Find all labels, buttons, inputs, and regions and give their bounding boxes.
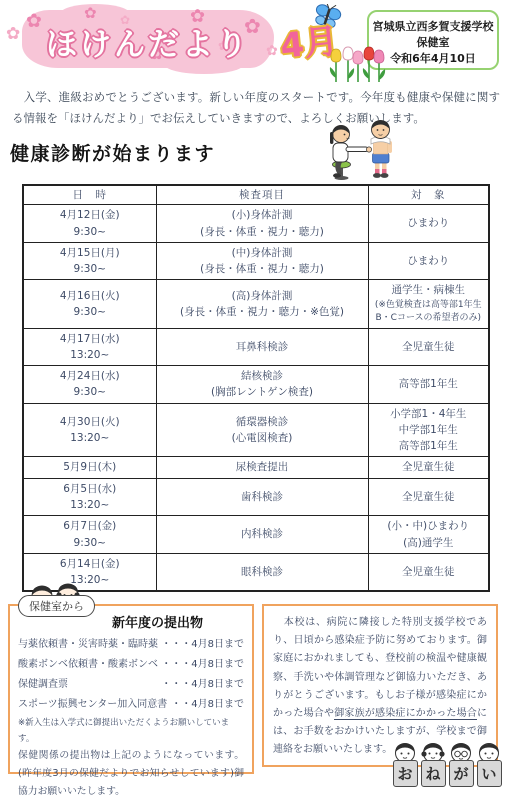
section-heading: 健康診断が始まります [10,139,215,166]
table-row: 6月14日(金) 13:20~ 眼科検診 全児童生徒 [23,553,489,591]
submission-item-name: スポーツ振興センター加入同意書 [18,695,167,715]
submission-item: スポーツ振興センター加入同意書 ・・4月8日まで [18,695,244,715]
cell-datetime: 6月5日(水) 13:20~ [23,478,156,516]
submission-item-name: 与薬依頼書・災害時薬・臨時薬 [18,635,158,655]
cell-datetime: 4月16日(火) 9:30~ [23,280,156,328]
onegai-kid: ね [419,741,447,787]
tulips-icon [328,46,386,84]
table-row: 6月7日(金) 9:30~ 内科検診 (小・中)ひまわり (高)通学生 [23,516,489,554]
cell-exam: 循環器検診 (心電図検査) [156,403,368,457]
cell-target: 全児童生徒 [368,328,489,366]
submission-item: 酸素ボンベ依頼書・酸素ボンベ ・・・4月8日まで [18,655,244,675]
cell-target: ひまわり [368,242,489,280]
submissions-heading: 新年度の提出物 [112,612,244,631]
onegai-kid: お [391,741,419,787]
submission-item-due: ・・・4月8日まで [161,675,244,695]
cell-datetime: 6月7日(金) 9:30~ [23,516,156,554]
submission-item-name: 保健調査票 [18,675,68,695]
cell-target-main: 通学生・病棟生 [392,284,466,296]
cell-exam: 結核検診 (胸部レントゲン検査) [156,366,368,404]
sakura-icon: ✿ [6,26,20,43]
cell-target: ひまわり [368,205,489,243]
submission-item-due: ・・・4月8日まで [161,635,244,655]
submissions-note: ※新入生は入学式に御提出いただくようお願いしています。 [18,715,244,747]
submission-item: 与薬依頼書・災害時薬・臨時薬 ・・・4月8日まで [18,635,244,655]
title-banner: ✿ ✿ ✿ ✿ ✿ ✿ ✿ ✿ ✿ ✿ ほけんだより [22,10,274,68]
cell-exam: 尿検査提出 [156,457,368,478]
table-header-row: 日 時 検査項目 対 象 [23,185,489,205]
onegai-sign: が [449,760,474,787]
submission-item-due: ・・・4月8日まで [161,655,244,675]
table-row: 4月17日(水) 13:20~ 耳鼻科検診 全児童生徒 [23,328,489,366]
request-text-underlined: 御家族が感染症にかかった場合 [334,708,477,720]
table-row: 4月16日(火) 9:30~ (高)身体計測 (身長・体重・視力・聴力・※色覚)… [23,280,489,328]
table-row: 4月15日(月) 9:30~ (中)身体計測 (身長・体重・視力・聴力) ひまわ… [23,242,489,280]
request-paragraph: 本校は、病院に隣接した特別支援学校であり、日頃から感染症予防に努めております。御… [273,614,487,760]
cell-datetime: 4月15日(月) 9:30~ [23,242,156,280]
cell-datetime: 4月17日(水) 13:20~ [23,328,156,366]
cell-target: 小学部1・4年生 中学部1年生 高等部1年生 [368,403,489,457]
cell-target: 全児童生徒 [368,478,489,516]
submissions-paragraph: 保健関係の提出物は上記のようになっています。(昨年度3月の保健だよりでお知らせし… [18,747,244,800]
onegai-kids: お ね が [391,741,503,787]
cell-datetime: 4月12日(金) 9:30~ [23,205,156,243]
table-row: 6月5日(水) 13:20~ 歯科検診 全児童生徒 [23,478,489,516]
cell-target: 通学生・病棟生(※色覚検査は高等部1年生 B・Cコースの希望者のみ) [368,280,489,328]
cell-target: 全児童生徒 [368,457,489,478]
cell-target: 高等部1年生 [368,366,489,404]
onegai-sign: お [393,760,418,787]
cell-exam: (小)身体計測 (身長・体重・視力・聴力) [156,205,368,243]
cell-exam: (中)身体計測 (身長・体重・視力・聴力) [156,242,368,280]
cell-exam: 耳鼻科検診 [156,328,368,366]
month-graphic: 4月 [274,4,396,84]
onegai-sign: ね [421,760,446,787]
column-header-datetime: 日 時 [23,185,156,205]
cell-exam: 歯科検診 [156,478,368,516]
table-row: 5月9日(木) 尿検査提出 全児童生徒 [23,457,489,478]
cell-datetime: 4月24日(水) 9:30~ [23,366,156,404]
onegai-kid: が [447,741,475,787]
submissions-box: 保健室から 新年度の提出物 与薬依頼書・災害時薬・臨時薬 ・・・4月8日まで 酸… [8,604,254,774]
cell-target: 全児童生徒 [368,553,489,591]
submission-item-due: ・・4月8日まで [171,695,244,715]
cell-target-note: (※色覚検査は高等部1年生 B・Cコースの希望者のみ) [371,299,487,326]
request-text-before: 本校は、病院に隣接した特別支援学校であり、日頃から感染症予防に努めております。御… [273,617,487,719]
from-health-room-label: 保健室から [18,595,95,617]
column-header-target: 対 象 [368,185,489,205]
cell-exam: (高)身体計測 (身長・体重・視力・聴力・※色覚) [156,280,368,328]
onegai-kid: い [475,741,503,787]
table-row: 4月24日(水) 9:30~ 結核検診 (胸部レントゲン検査) 高等部1年生 [23,366,489,404]
exam-schedule-table: 日 時 検査項目 対 象 4月12日(金) 9:30~ (小)身体計測 (身長・… [22,184,490,592]
intro-paragraph: 入学、進級おめでとうございます。新しい年度のスタートです。今年度も健康や保健に関… [12,87,500,130]
newsletter-title: ほけんだより [22,19,274,64]
cell-datetime: 4月30日(火) 13:20~ [23,403,156,457]
column-header-exam: 検査項目 [156,185,368,205]
table-row: 4月12日(金) 9:30~ (小)身体計測 (身長・体重・視力・聴力) ひまわ… [23,205,489,243]
onegai-sign: い [477,760,502,787]
submission-item: 保健調査票 ・・・4月8日まで [18,675,244,695]
checkup-illustration [322,118,398,182]
cell-exam: 眼科検診 [156,553,368,591]
submission-item-name: 酸素ボンベ依頼書・酸素ボンベ [18,655,158,675]
cell-exam: 内科検診 [156,516,368,554]
newsletter-page: ✿ ✿ ✿ ✿ ✿ ✿ ✿ ✿ ✿ ✿ ほけんだより 4月 [0,0,510,800]
cell-target: (小・中)ひまわり (高)通学生 [368,516,489,554]
table-row: 4月30日(火) 13:20~ 循環器検診 (心電図検査) 小学部1・4年生 中… [23,403,489,457]
cell-datetime: 5月9日(木) [23,457,156,478]
